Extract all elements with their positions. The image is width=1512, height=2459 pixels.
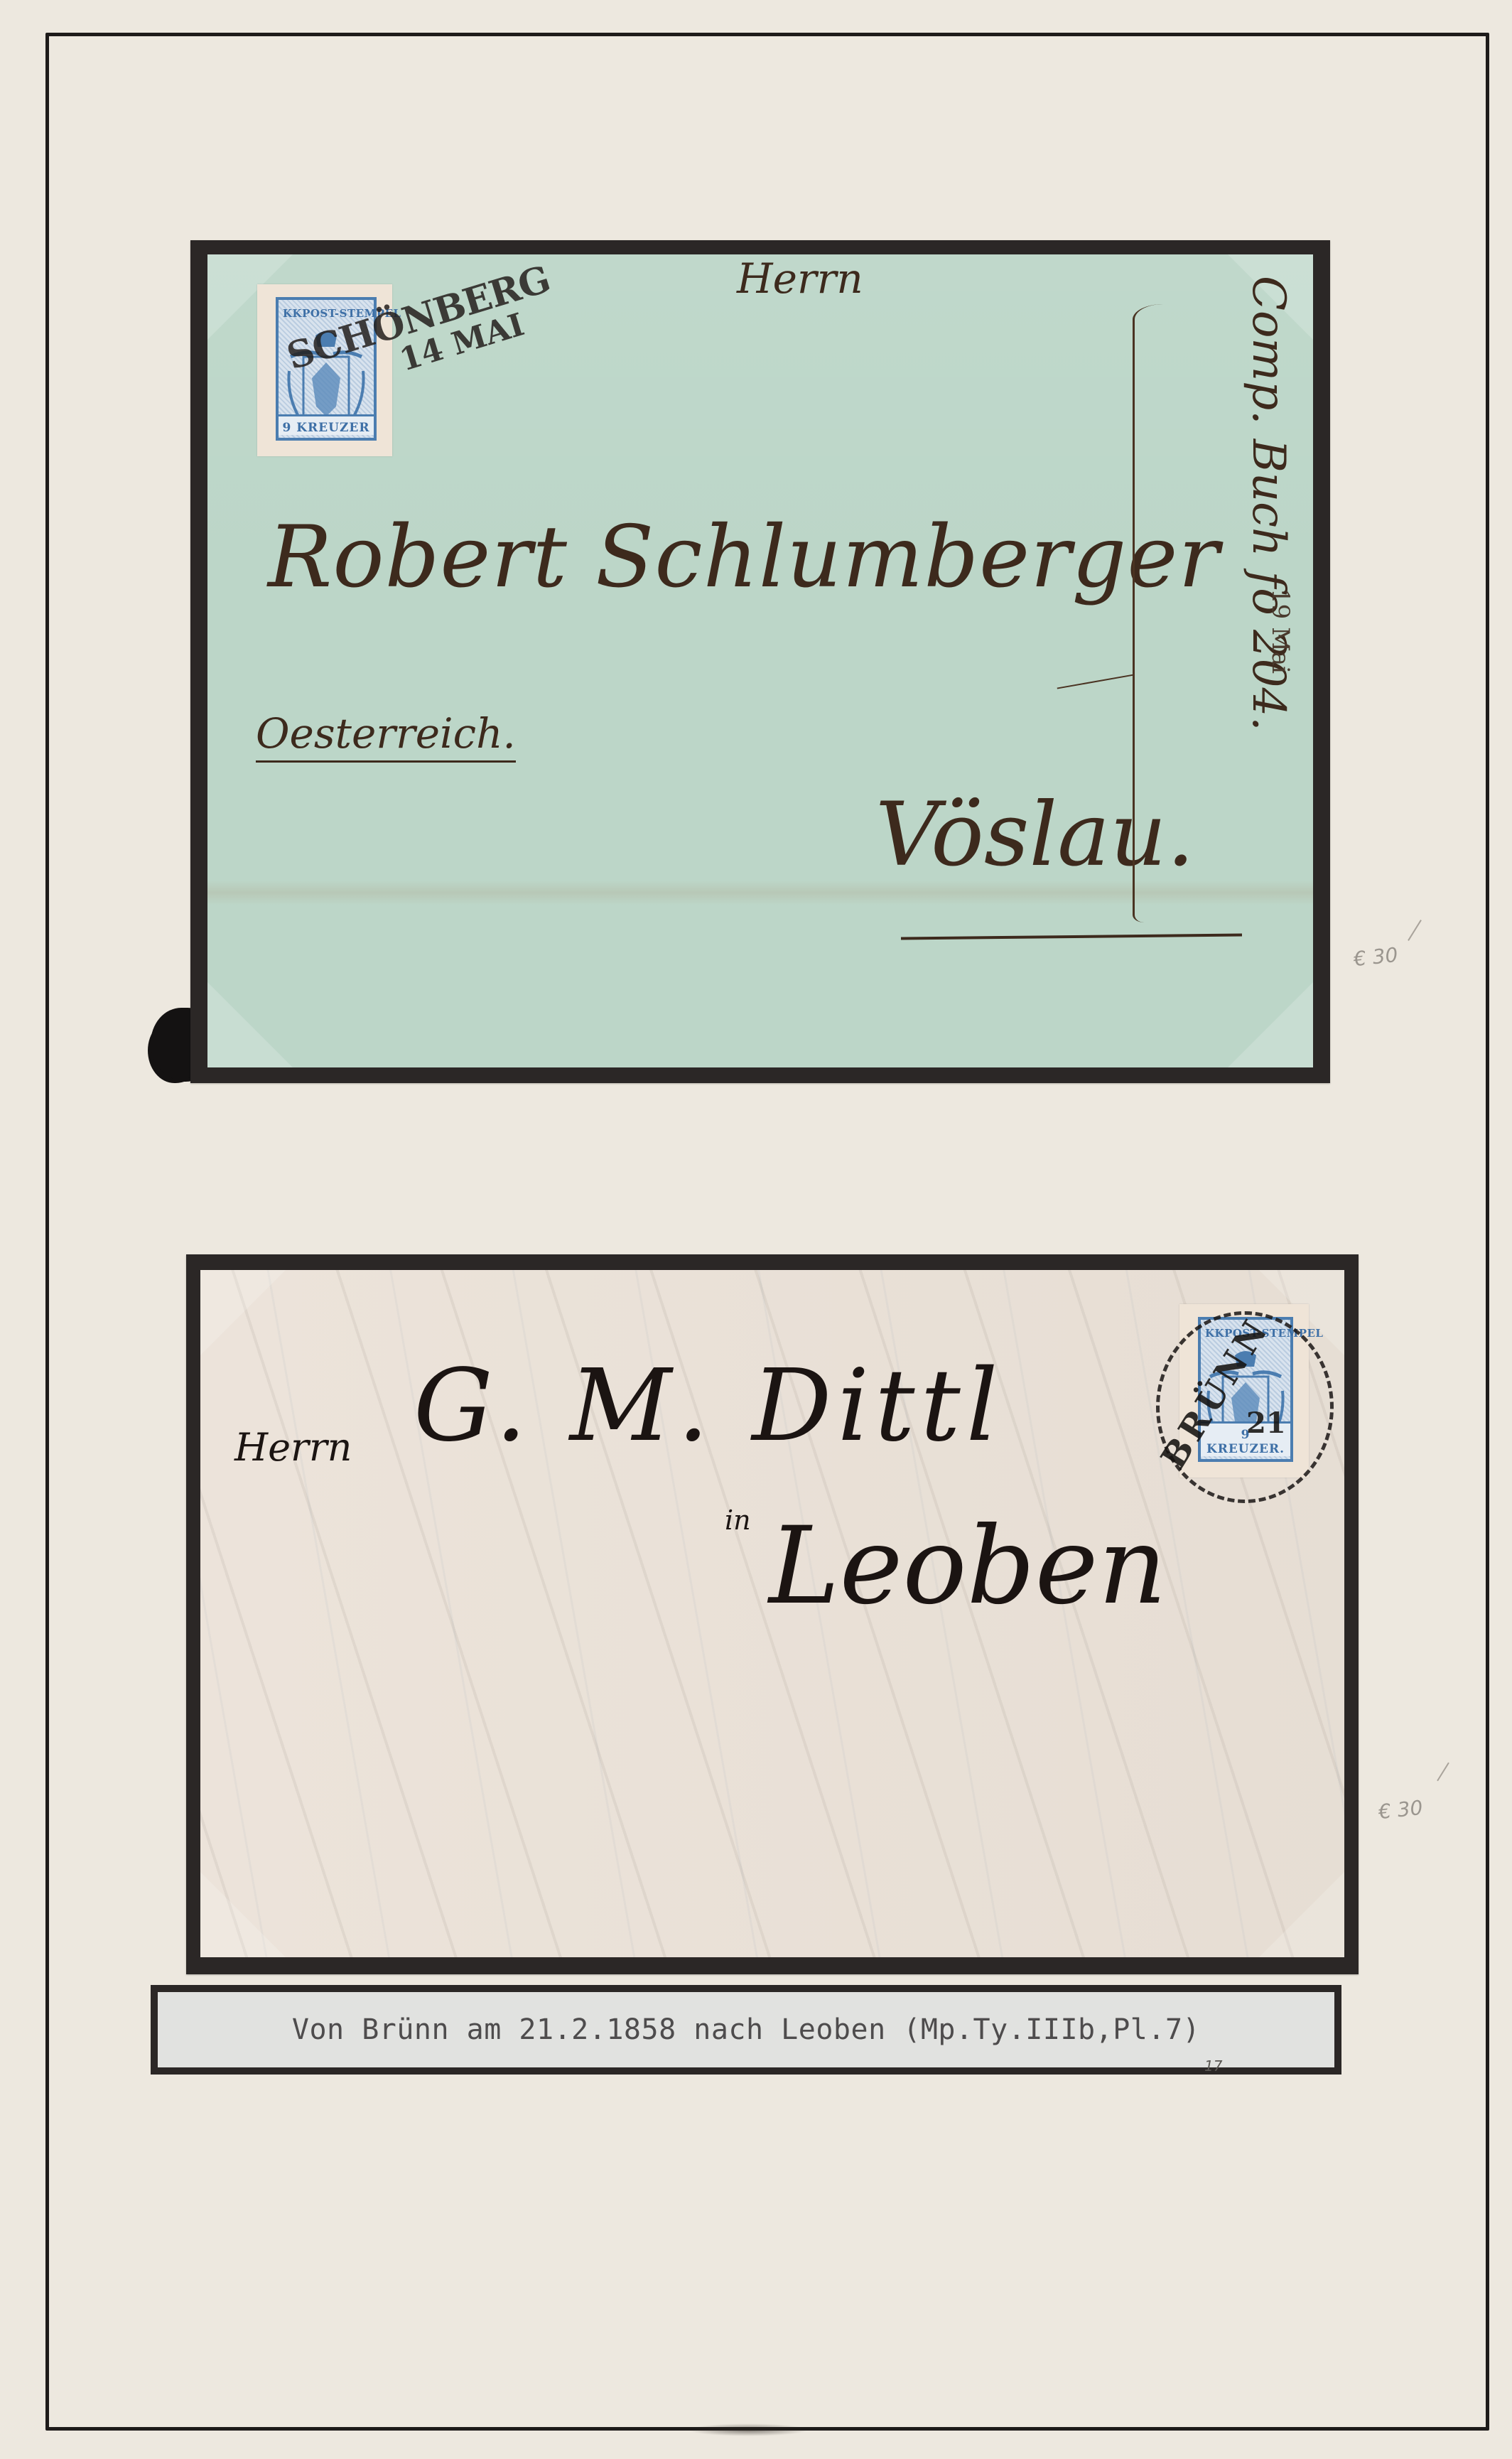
page-smudge xyxy=(688,2423,809,2436)
mount-corner xyxy=(1228,982,1313,1067)
cancel-day: 21 xyxy=(1246,1406,1286,1440)
ink-bracket xyxy=(1133,304,1163,922)
mount-corner xyxy=(1259,1872,1344,1957)
cover-mount-2: KKPOST- STEMPEL 9 KREUZER. BRÜNN 21 Herr… xyxy=(186,1254,1359,1974)
destination-underline xyxy=(901,933,1242,940)
caption-pencil-note: 17 xyxy=(1204,2057,1222,2075)
preposition: in xyxy=(725,1505,751,1536)
pencil-price: € 30 xyxy=(1352,943,1398,971)
addressee: G. M. Dittl xyxy=(414,1348,1004,1464)
mount-corner xyxy=(207,982,293,1067)
cover-mount-1: KKPOST- STEMPEL 9 KREUZER SCHÖNBERG 14 M… xyxy=(190,240,1330,1083)
cover-2[interactable]: KKPOST- STEMPEL 9 KREUZER. BRÜNN 21 Herr… xyxy=(200,1270,1344,1957)
circular-cancellation-text: BRÜNN 21 xyxy=(1181,1355,1323,1497)
addressee: Robert Schlumberger xyxy=(268,508,1220,607)
mount-corner xyxy=(200,1872,286,1957)
salutation: Herrn xyxy=(234,1425,352,1470)
caption-label: Von Brünn am 21.2.1858 nach Leoben (Mp.T… xyxy=(151,1985,1341,2075)
stamp-value: 9 KREUZER xyxy=(279,414,374,435)
cover-1[interactable]: KKPOST- STEMPEL 9 KREUZER SCHÖNBERG 14 M… xyxy=(207,254,1313,1067)
mount-corner xyxy=(200,1270,286,1355)
caption-text: Von Brünn am 21.2.1858 nach Leoben (Mp.T… xyxy=(292,2013,1200,2046)
stamp-header-left: KKPOST- xyxy=(283,307,340,320)
vertical-pencil-note: 19 Mai xyxy=(1266,588,1295,674)
salutation: Herrn xyxy=(737,254,863,303)
destination: Leoben xyxy=(769,1505,1167,1628)
ink-stroke xyxy=(1057,674,1135,689)
country: Oesterreich. xyxy=(256,709,516,763)
pencil-price: € 30 xyxy=(1377,1796,1423,1824)
straight-line-cancellation: SCHÖNBERG 14 MAI xyxy=(283,260,564,408)
